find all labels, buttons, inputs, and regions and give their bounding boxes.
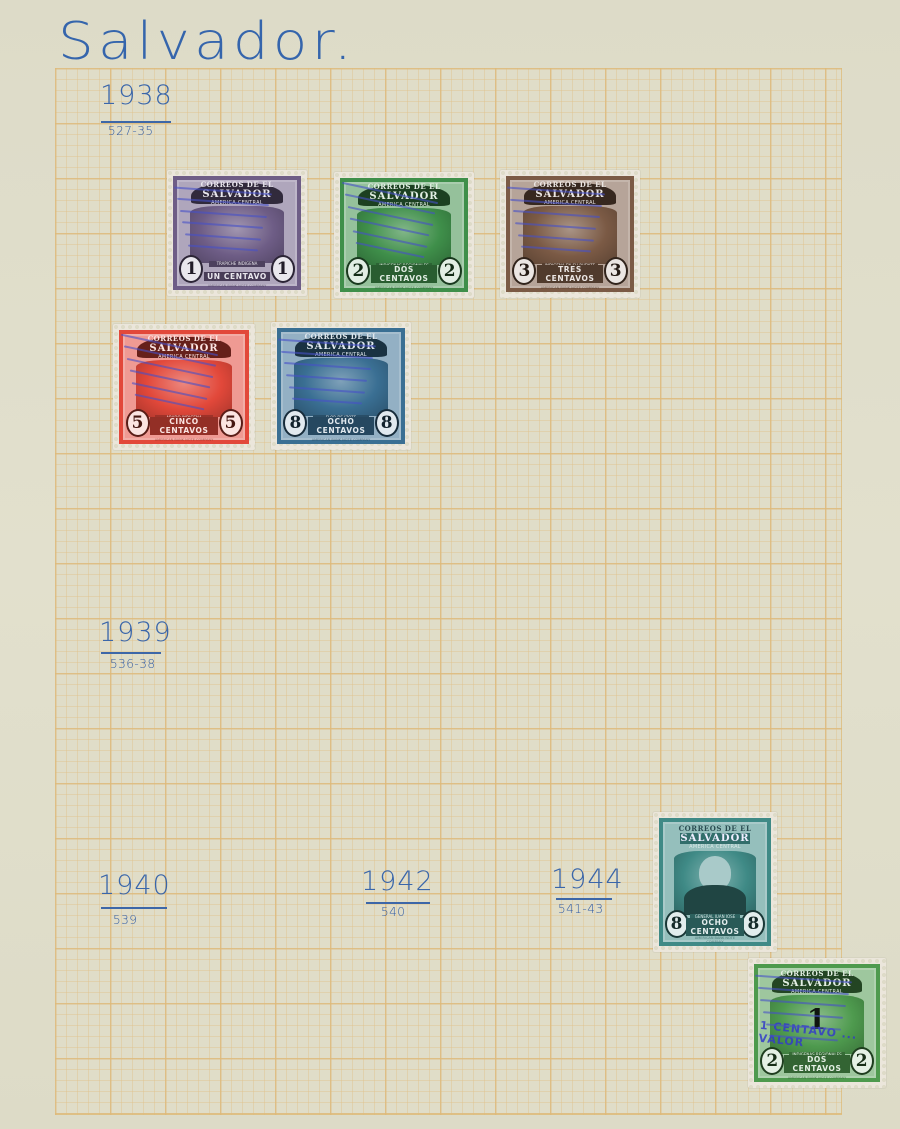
stamp-header: CORREOS DE EL [148,335,221,343]
stamp-header: CORREOS DE EL [305,333,378,341]
stamp-country: SALVADOR [306,341,375,352]
stamp-value-text: DOS CENTAVOS [784,1055,850,1073]
stamp-imprint: AMERICAN BANK NOTE COMPANY [372,286,436,290]
stamp-banner: CORREOS DE ELSALVADORAMERICA CENTRAL [675,826,756,850]
stamp-country: SALVADOR [149,343,218,354]
stamp-banner: CORREOS DE ELSALVADORAMERICA CENTRAL [191,183,283,205]
stamp-banner: CORREOS DE ELSALVADORAMERICA CENTRAL [295,335,387,357]
stamp-denomination: 5 [219,409,243,437]
stamp-header: CORREOS DE EL [679,825,752,833]
stamp-8-centavos-portrait: CORREOS DE ELSALVADORAMERICA CENTRALGENE… [653,812,777,952]
stamp-banner: CORREOS DE ELSALVADORAMERICA CENTRAL [358,185,450,207]
stamp-country: SALVADOR [782,978,851,989]
year-heading-1938: 1938 [100,80,173,111]
stamp-header: CORREOS DE EL [534,181,607,189]
stamp-region: AMERICA CENTRAL [315,352,367,358]
page-title: Salvador. [58,12,356,72]
stamp-imprint: AMERICAN BANK NOTE COMPANY [786,1076,849,1080]
stamp-design: CORREOS DE ELSALVADORAMERICA CENTRALINDI… [754,964,880,1082]
stamp-design: CORREOS DE ELSALVADORAMERICA CENTRALINDI… [340,178,468,292]
stamp-region: AMERICA CENTRAL [544,200,596,206]
stamp-region: AMERICA CENTRAL [378,202,430,208]
stamp-denomination: 1 [271,255,295,283]
stamp-caption: TRAPICHE INDIGENA [209,261,265,267]
stamp-country: SALVADOR [202,189,271,200]
stamp-region: AMERICA CENTRAL [791,989,843,995]
stamp-banner: CORREOS DE ELSALVADORAMERICA CENTRAL [137,337,231,359]
stamp-1-centavo: CORREOS DE ELSALVADORAMERICA CENTRALTRAP… [167,170,307,296]
stamp-2-centavos: CORREOS DE ELSALVADORAMERICA CENTRALINDI… [334,172,474,298]
stamp-value-text: OCHO CENTAVOS [308,417,375,435]
year-heading-1944: 1944 [551,864,624,895]
stamp-country: SALVADOR [535,189,604,200]
stamp-region: AMERICA CENTRAL [211,200,263,206]
stamp-imprint: AMERICAN BANK NOTE COMPANY [538,286,602,290]
stamp-header: CORREOS DE EL [201,181,274,189]
portrait-body [684,885,747,916]
underline [556,898,612,900]
stamp-denomination: 3 [604,257,628,285]
underline [366,902,430,904]
stamp-imprint: AMERICAN BANK NOTE COMPANY [205,284,269,288]
stamp-imprint: AMERICAN BANK NOTE COMPANY [309,438,373,442]
underline [101,121,171,123]
catalog-range-1944: 541-43 [558,902,604,916]
stamp-3-centavos: CORREOS DE ELSALVADORAMERICA CENTRALINDI… [500,170,640,298]
year-heading-1942: 1942 [361,866,434,897]
stamp-8-centavos-izote: CORREOS DE ELSALVADORAMERICA CENTRALFLOR… [271,322,411,450]
catalog-range-1939: 536-38 [110,657,156,671]
stamp-value-text: TRES CENTAVOS [537,265,604,283]
catalog-range-1942: 540 [381,905,405,919]
stamp-design: CORREOS DE ELSALVADORAMERICA CENTRALINDI… [506,176,634,292]
stamp-value-text: DOS CENTAVOS [371,265,438,283]
stamp-vignette [357,208,452,265]
stamp-vignette [136,360,232,417]
underline [101,907,167,909]
stamp-1-on-2-centavos-surcharge: CORREOS DE ELSALVADORAMERICA CENTRALINDI… [748,958,886,1088]
stamp-header: CORREOS DE EL [781,970,854,978]
stamp-denomination: 5 [126,409,150,437]
stamp-banner: CORREOS DE ELSALVADORAMERICA CENTRAL [524,183,616,205]
stamp-design: CORREOS DE ELSALVADORAMERICA CENTRALARAD… [119,330,249,444]
stamp-design: CORREOS DE ELSALVADORAMERICA CENTRALFLOR… [277,328,405,444]
stamp-design: CORREOS DE ELSALVADORAMERICA CENTRALTRAP… [173,176,301,290]
catalog-range-1938: 527-35 [108,124,154,138]
stamp-denomination: 2 [438,257,462,285]
stamp-denomination: 8 [375,409,399,437]
underline [101,652,161,654]
year-heading-1940: 1940 [98,870,171,901]
stamp-5-centavos: CORREOS DE ELSALVADORAMERICA CENTRALARAD… [113,324,255,450]
stamp-region: AMERICA CENTRAL [689,844,741,850]
stamp-banner: CORREOS DE ELSALVADORAMERICA CENTRAL [772,971,863,993]
stamp-imprint: AMERICAN BANK NOTE COMPANY [152,438,217,442]
stamp-header: CORREOS DE EL [368,183,441,191]
stamp-value-text: UN CENTAVO [204,272,271,281]
stamp-vignette [523,206,618,264]
catalog-range-1940: 539 [113,913,137,927]
stamp-vignette [190,206,285,263]
year-heading-1939: 1939 [99,617,172,648]
stamp-imprint: AMERICAN BANK NOTE COMPANY [687,936,743,944]
stamp-region: AMERICA CENTRAL [158,354,210,360]
album-page: Salvador. 1938 527-35 1939 536-38 1940 5… [0,0,900,1129]
stamp-design: CORREOS DE ELSALVADORAMERICA CENTRALGENE… [659,818,771,946]
stamp-value-text: OCHO CENTAVOS [686,918,744,936]
stamp-vignette [294,358,389,416]
stamp-country: SALVADOR [680,833,749,844]
stamp-value-text: CINCO CENTAVOS [150,417,218,435]
stamp-country: SALVADOR [369,191,438,202]
